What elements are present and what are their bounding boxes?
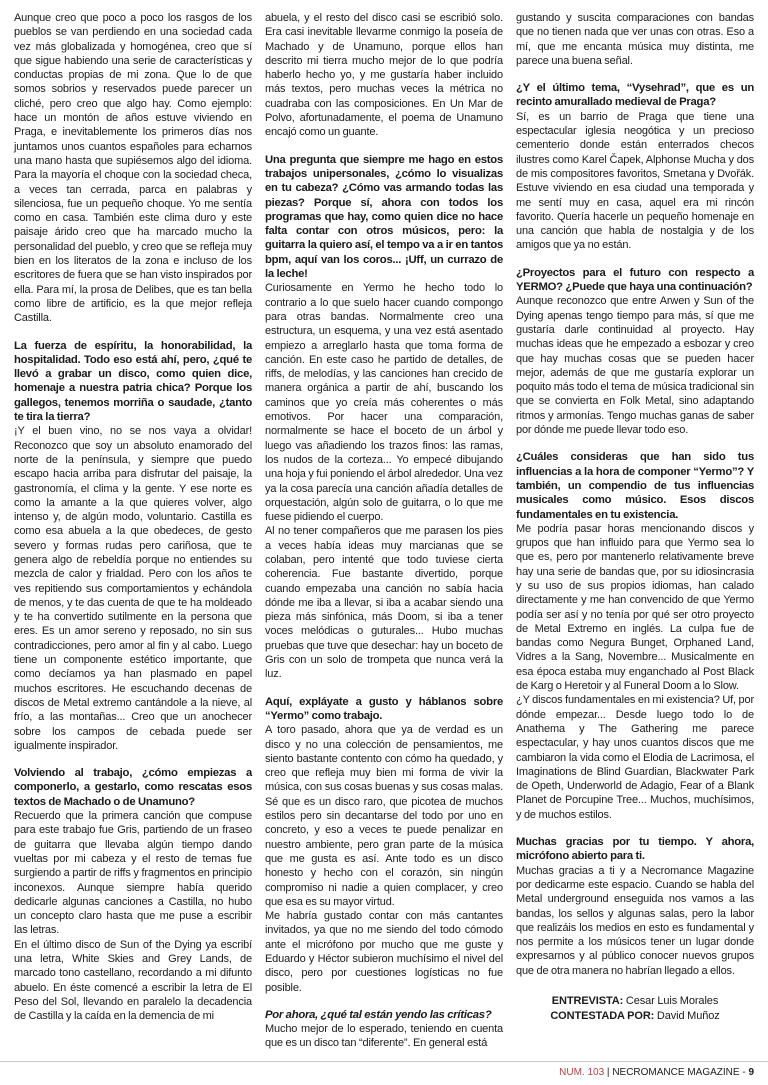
interview-answer-paragraph: abuela, y el resto del disco casi se esc… bbox=[265, 11, 503, 140]
answered-credit-value: David Muñoz bbox=[657, 1010, 720, 1022]
interview-question: ¿Cuáles consideras que han sido tus infl… bbox=[516, 450, 754, 521]
column-1-blocks: Aunque creo que poco a poco los rasgos d… bbox=[14, 11, 252, 1023]
magazine-page: Aunque creo que poco a poco los rasgos d… bbox=[0, 0, 768, 1085]
interview-answer-paragraph: Recuerdo que la primera canción que comp… bbox=[14, 809, 252, 938]
interview-answer-paragraph: Al no tener compañeros que me parasen lo… bbox=[265, 524, 503, 681]
interview-question: ¿Proyectos para el futuro con respecto a… bbox=[516, 266, 754, 295]
interview-answer-paragraph: Sí, es un barrio de Praga que tiene una … bbox=[516, 110, 754, 253]
interview-answer-paragraph: gustando y suscita comparaciones con ban… bbox=[516, 11, 754, 68]
interview-answer-paragraph: En el último disco de Sun of the Dying y… bbox=[14, 938, 252, 1024]
interview-question: Por ahora, ¿qué tal están yendo las crít… bbox=[265, 1008, 503, 1022]
interview-credit-label: ENTREVISTA: bbox=[552, 995, 623, 1007]
answered-credit-label: CONTESTADA POR: bbox=[550, 1010, 654, 1022]
issue-number: NUM. 103 bbox=[559, 1067, 604, 1078]
page-number: 9 bbox=[748, 1067, 754, 1078]
article-columns: Aunque creo que poco a poco los rasgos d… bbox=[14, 11, 754, 1051]
interview-answer-paragraph: ¿Y discos fundamentales en mi existencia… bbox=[516, 693, 754, 822]
column-2-blocks: abuela, y el resto del disco casi se esc… bbox=[265, 11, 503, 1051]
interview-answer-paragraph: Muchas gracias a ti y a Necromance Magaz… bbox=[516, 864, 754, 978]
interview-answer-paragraph: Mucho mejor de lo esperado, teniendo en … bbox=[265, 1022, 503, 1051]
text-column-2: abuela, y el resto del disco casi se esc… bbox=[265, 11, 503, 1051]
interview-credit: ENTREVISTA: Cesar Luis Morales bbox=[516, 994, 754, 1009]
interview-question: Una pregunta que siempre me hago en esto… bbox=[265, 153, 503, 282]
credits-block: ENTREVISTA: Cesar Luis Morales CONTESTAD… bbox=[516, 994, 754, 1024]
page-footer: NUM. 103 | NECROMANCE MAGAZINE - 9 bbox=[0, 1061, 768, 1078]
interview-answer-paragraph: Curiosamente en Yermo he hecho todo lo c… bbox=[265, 281, 503, 524]
interview-question: Aquí, expláyate a gusto y háblanos sobre… bbox=[265, 695, 503, 724]
interview-credit-value: Cesar Luis Morales bbox=[626, 995, 718, 1007]
text-column-1: Aunque creo que poco a poco los rasgos d… bbox=[14, 11, 252, 1051]
interview-question: La fuerza de espíritu, la honorabilidad,… bbox=[14, 339, 252, 425]
interview-answer-paragraph: A toro pasado, ahora que ya de verdad es… bbox=[265, 723, 503, 909]
interview-answer-paragraph: Aunque reconozco que entre Arwen y Sun o… bbox=[516, 294, 754, 437]
interview-answer-paragraph: Me habría gustado contar con más cantant… bbox=[265, 909, 503, 995]
interview-answer-paragraph: Me podría pasar horas mencionando discos… bbox=[516, 522, 754, 694]
interview-question: ¿Y el último tema, “Vysehrad”, que es un… bbox=[516, 81, 754, 110]
column-3-blocks: gustando y suscita comparaciones con ban… bbox=[516, 11, 754, 978]
interview-question: Muchas gracias por tu tiempo. Y ahora, m… bbox=[516, 835, 754, 864]
text-column-3: gustando y suscita comparaciones con ban… bbox=[516, 11, 754, 1051]
interview-question: Volviendo al trabajo, ¿cómo empiezas a c… bbox=[14, 766, 252, 809]
interview-answer-paragraph: ¡Y el buen vino, no se nos vaya a olvida… bbox=[14, 424, 252, 753]
magazine-name: NECROMANCE MAGAZINE bbox=[612, 1067, 739, 1078]
interview-answer-paragraph: Aunque creo que poco a poco los rasgos d… bbox=[14, 11, 252, 326]
answered-credit: CONTESTADA POR: David Muñoz bbox=[516, 1009, 754, 1024]
